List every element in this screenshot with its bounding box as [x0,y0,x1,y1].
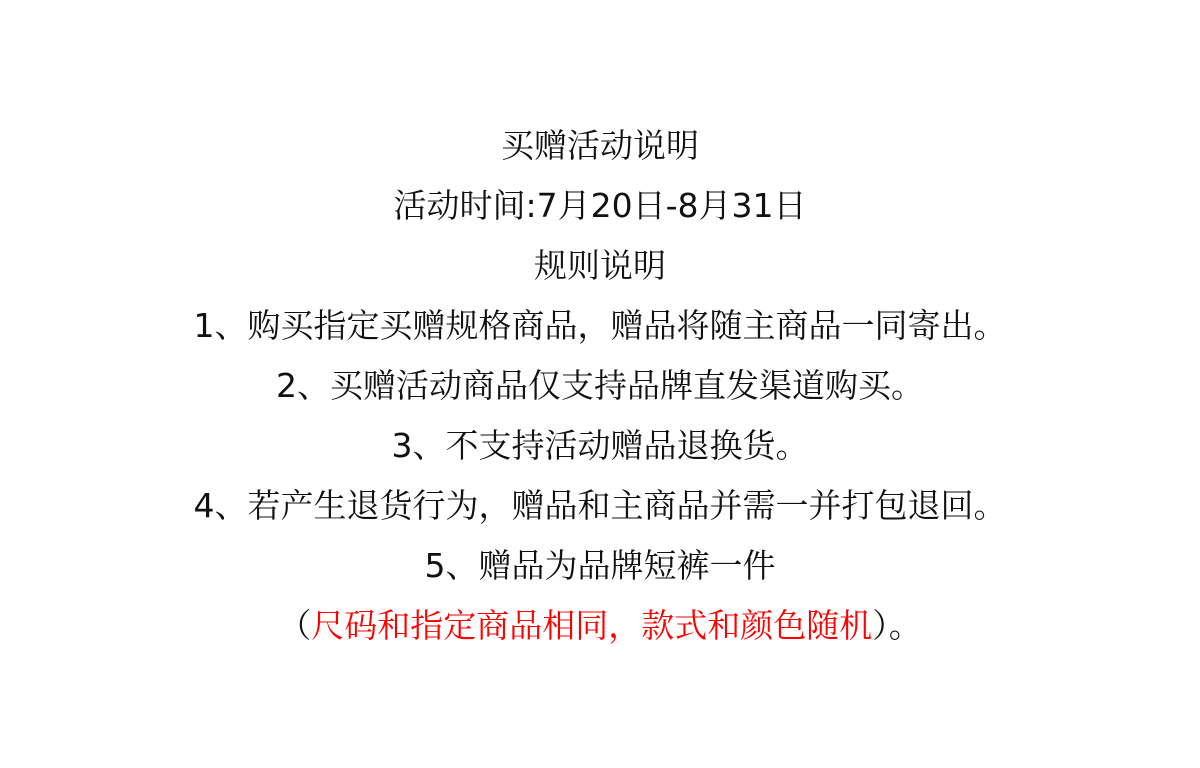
note-open-paren: （ [278,606,311,645]
document-title: 买赠活动说明 [501,116,699,176]
rule-item-1: 1、购买指定买赠规格商品，赠品将随主商品一同寄出。 [194,296,1007,356]
rule-item-2: 2、买赠活动商品仅支持品牌直发渠道购买。 [276,356,924,416]
activity-period: 活动时间:7月20日-8月31日 [394,176,807,236]
note-close: ）。 [872,606,922,645]
rule-item-4: 4、若产生退货行为，赠品和主商品并需一并打包退回。 [194,476,1007,536]
rule-item-5: 5、赠品为品牌短裤一件 [425,536,776,596]
gift-note: （尺码和指定商品相同，款式和颜色随机）。 [278,596,922,656]
rules-heading: 规则说明 [534,236,666,296]
note-highlight: 尺码和指定商品相同，款式和颜色随机 [311,606,872,645]
promotion-document: 买赠活动说明 活动时间:7月20日-8月31日 规则说明 1、购买指定买赠规格商… [0,116,1200,656]
rule-item-3: 3、不支持活动赠品退换货。 [392,416,809,476]
